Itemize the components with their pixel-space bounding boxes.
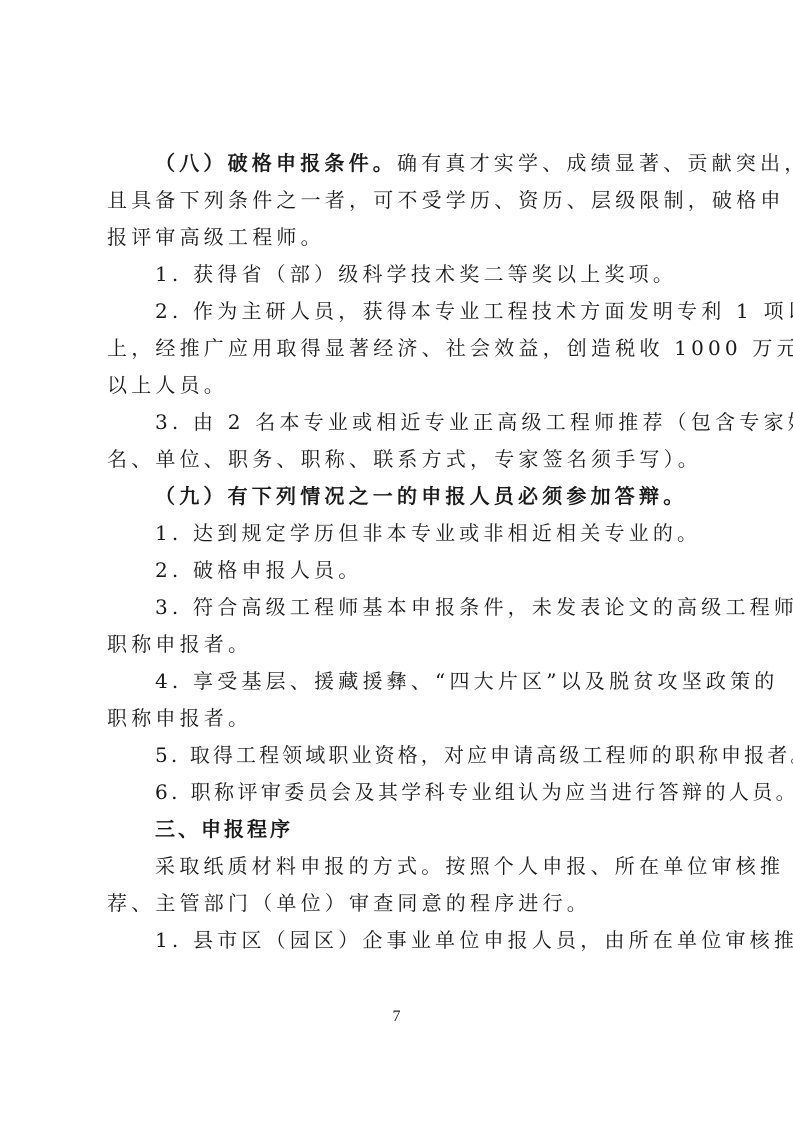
paragraph-line: 荐、主管部门（单位）审查同意的程序进行。 bbox=[107, 885, 697, 922]
list-item-8-1: 1. 获得省（部）级科学技术奖二等奖以上奖项。 bbox=[107, 256, 697, 293]
paragraph-line: 以上人员。 bbox=[107, 367, 697, 404]
list-item-9-4: 4. 享受基层、援藏援彝、“四大片区”以及脱贫攻坚政策的 bbox=[107, 663, 697, 700]
list-item-9-3: 3. 符合高级工程师基本申报条件，未发表论文的高级工程师 bbox=[107, 589, 697, 626]
document-body: （八）破格申报条件。确有真才实学、成绩显著、贡献突出， 且具备下列条件之一者，可… bbox=[107, 145, 697, 959]
section-8-heading: （八）破格申报条件。 bbox=[155, 151, 397, 175]
list-item-9-5: 5. 取得工程领域职业资格，对应申请高级工程师的职称申报者。 bbox=[107, 737, 697, 774]
paragraph-line: 职称申报者。 bbox=[107, 626, 697, 663]
list-item-9-2: 2. 破格申报人员。 bbox=[107, 552, 697, 589]
page-number: 7 bbox=[0, 1008, 793, 1026]
list-item-9-6: 6. 职称评审委员会及其学科专业组认为应当进行答辩的人员。 bbox=[107, 774, 697, 811]
section-8-intro: 确有真才实学、成绩显著、贡献突出， bbox=[397, 151, 793, 175]
list-item-8-3: 3. 由 2 名本专业或相近专业正高级工程师推荐（包含专家姓 bbox=[107, 404, 697, 441]
paragraph-line: 且具备下列条件之一者，可不受学历、资历、层级限制，破格申 bbox=[107, 182, 697, 219]
paragraph-line: 名、单位、职务、职称、联系方式，专家签名须手写）。 bbox=[107, 441, 697, 478]
paragraph-line: 报评审高级工程师。 bbox=[107, 219, 697, 256]
section-3-heading: 三、申报程序 bbox=[107, 811, 697, 848]
section-9-heading: （九）有下列情况之一的申报人员必须参加答辩。 bbox=[155, 484, 687, 508]
list-item-8-2: 2. 作为主研人员，获得本专业工程技术方面发明专利 1 项以 bbox=[107, 293, 697, 330]
section-8-title-line: （八）破格申报条件。确有真才实学、成绩显著、贡献突出， bbox=[107, 145, 697, 182]
paragraph-line: 职称申报者。 bbox=[107, 700, 697, 737]
list-item-3-1: 1. 县市区（园区）企事业单位申报人员，由所在单位审核推 bbox=[107, 922, 697, 959]
paragraph-line: 采取纸质材料申报的方式。按照个人申报、所在单位审核推 bbox=[107, 848, 697, 885]
list-item-9-1: 1. 达到规定学历但非本专业或非相近相关专业的。 bbox=[107, 515, 697, 552]
paragraph-line: 上，经推广应用取得显著经济、社会效益，创造税收 1000 万元 bbox=[107, 330, 697, 367]
section-9-title-line: （九）有下列情况之一的申报人员必须参加答辩。 bbox=[107, 478, 697, 515]
